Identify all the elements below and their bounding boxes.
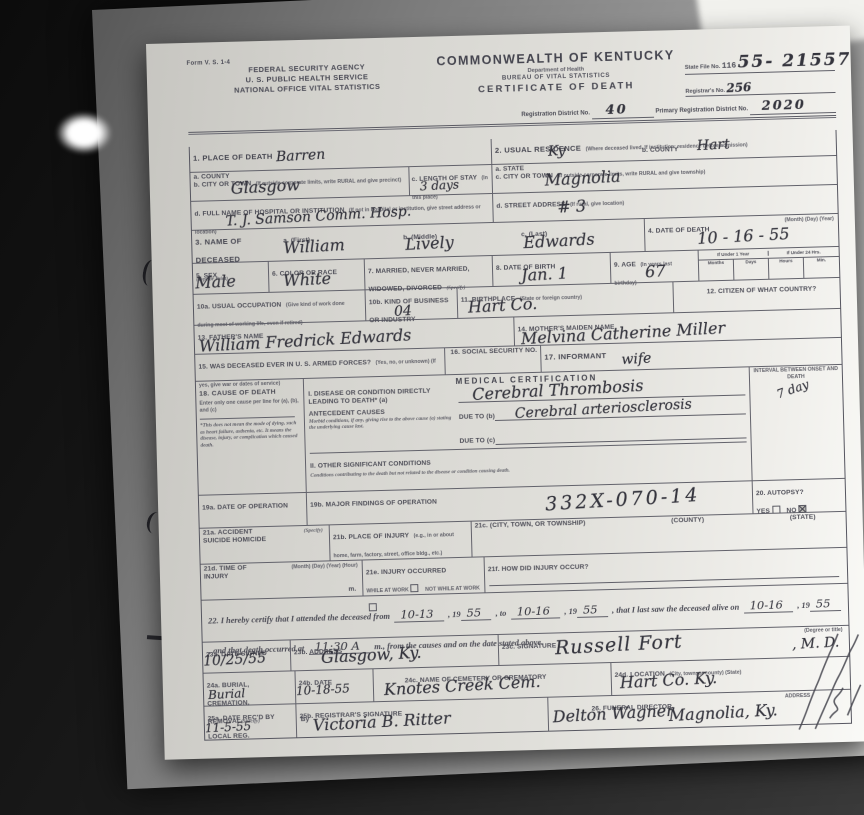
field-sex: 5. SEX Male bbox=[193, 262, 270, 294]
field-burial: 24a. BURIAL, CREMATION, REMOVAL(Specify)… bbox=[204, 671, 297, 705]
field-date-received: 25a. DATE REC'D BY LOCAL REG. 11-5-55 bbox=[204, 704, 297, 739]
city-town-value: Glasgow bbox=[230, 175, 300, 198]
burial-date-value: 10-18-55 bbox=[296, 681, 351, 698]
field-cemetery: 24c. NAME OF CEMETERY OR CREMATORY Knote… bbox=[373, 663, 612, 701]
time-of-injury-label: 21d. TIME OF INJURY bbox=[204, 565, 250, 582]
cause-note-2: *This does not mean the mode of dying, s… bbox=[200, 420, 302, 449]
certify-text: 22. I hereby certify that I attended the… bbox=[208, 612, 390, 626]
other-conditions-label: II. OTHER SIGNIFICANT CONDITIONS bbox=[310, 460, 431, 470]
usual-residence-label: 2. USUAL RESIDENCE bbox=[495, 144, 581, 155]
dob-value: Jan. 1 bbox=[521, 263, 569, 284]
not-while-at-work-label: NOT WHILE AT WORK bbox=[425, 585, 480, 592]
while-at-work-label: WHILE AT WORK bbox=[366, 587, 409, 594]
funeral-director-value: Delton Wagner bbox=[552, 701, 674, 727]
antecedent-note: Morbid conditions, if any, giving rise t… bbox=[309, 415, 459, 432]
handwritten-scribble bbox=[769, 605, 864, 748]
date-of-death-cols: (Month) (Day) (Year) bbox=[784, 216, 833, 224]
cause-of-death-label: 18. CAUSE OF DEATH bbox=[199, 389, 276, 398]
industry-value: 04 bbox=[394, 303, 413, 320]
row-medical-certification: 18. CAUSE OF DEATH Enter only one cause … bbox=[196, 365, 845, 496]
middle-name-value: Lively bbox=[405, 232, 454, 254]
attended-to-year: 55 bbox=[577, 602, 608, 618]
field-date-of-operation: 19a. DATE OF OPERATION bbox=[199, 493, 308, 528]
field-address: 23b. ADDRESS Glasgow, Ky. bbox=[291, 635, 500, 670]
major-findings-value: 332X-070-14 bbox=[545, 484, 701, 515]
attended-to-value: 10-16 bbox=[511, 603, 561, 619]
primary-district-value: 2020 bbox=[749, 97, 836, 115]
under-1-year-label: If Under 1 Year bbox=[699, 251, 769, 258]
length-of-stay-value: 3 days bbox=[419, 177, 459, 193]
issuing-agency-block: Form V. S. 1-4 FEDERAL SECURITY AGENCY U… bbox=[186, 55, 427, 110]
light-leak-blob bbox=[56, 112, 112, 154]
cause-note-1: Enter only one cause per line for (a), (… bbox=[199, 398, 300, 414]
ssn-label: 16. SOCIAL SECURITY NO. bbox=[448, 347, 537, 357]
citizen-label: 12. CITIZEN OF WHAT COUNTRY? bbox=[676, 279, 836, 297]
field-place-of-injury: 21b. PLACE OF INJURY (e.g., in or about … bbox=[330, 522, 473, 561]
residence-state-value: Ky bbox=[548, 143, 566, 160]
state-file-handwritten: 55- 21557 bbox=[737, 50, 851, 73]
residence-county-label: b. COUNTY bbox=[642, 146, 679, 155]
field-burial-date: 24b. DATE 10-18-55 bbox=[295, 669, 374, 703]
autopsy-yes-checkbox bbox=[772, 506, 780, 514]
armed-forces-label: 15. WAS DECEASED EVER IN U. S. ARMED FOR… bbox=[198, 359, 371, 371]
field-age-subcolumns: If Under 1 Year If Under 24 Hrs. Months … bbox=[699, 247, 840, 281]
field-injury-occurred: 21e. INJURY OCCURRED WHILE AT WORK NOT W… bbox=[363, 557, 486, 595]
certify-text: , 19 bbox=[448, 610, 461, 619]
injury-state-label: (STATE) bbox=[790, 514, 817, 548]
field-cause-of-death-sidebar: 18. CAUSE OF DEATH Enter only one cause … bbox=[196, 379, 307, 495]
registration-district-label: Registration District No. bbox=[521, 110, 590, 118]
accident-label: 21a. ACCIDENT SUICIDE HOMICIDE bbox=[203, 528, 273, 546]
attended-from-year: 55 bbox=[460, 605, 491, 621]
field-interval: INTERVAL BETWEEN ONSET AND DEATH 7 day bbox=[750, 365, 845, 480]
county-value: Barren bbox=[276, 147, 326, 166]
disease-leading-label: I. DISEASE OR CONDITION DIRECTLY LEADING… bbox=[308, 387, 458, 407]
interval-value: 7 day bbox=[775, 377, 811, 401]
file-number-block: State File No. 116 55- 21557 Registrar's… bbox=[684, 44, 835, 97]
certificate-form: 1. PLACE OF DEATH a. COUNTY Barren b. CI… bbox=[189, 130, 852, 741]
field-time-of-injury: 21d. TIME OF INJURY (Month) (Day) (Year)… bbox=[201, 561, 364, 600]
field-color-race: 6. COLOR OR RACE White bbox=[269, 259, 366, 292]
injury-county-label: (COUNTY) bbox=[671, 517, 705, 551]
street-address-label: d. STREET ADDRESS bbox=[496, 201, 565, 210]
funeral-address-value: Magnolia, Ky. bbox=[668, 700, 778, 725]
state-file-label: State File No. bbox=[685, 64, 721, 71]
field-date-of-birth: 8. DATE OF BIRTH Jan. 1 bbox=[493, 253, 612, 286]
residence-county-value: Hart bbox=[696, 136, 730, 154]
certificate-header: Form V. S. 1-4 FEDERAL SECURITY AGENCY U… bbox=[186, 44, 836, 135]
last-name-value: Edwards bbox=[523, 229, 595, 252]
registrar-no-label: Registrar's No. bbox=[685, 88, 725, 95]
burial-value: Burial bbox=[208, 686, 246, 702]
time-of-injury-meridiem: m. bbox=[348, 586, 356, 594]
age-value: 67 bbox=[645, 261, 666, 281]
address-value: Glasgow, Ky. bbox=[321, 643, 422, 667]
due-to-c-label: DUE TO (c) bbox=[459, 437, 495, 446]
while-at-work-checkbox bbox=[411, 584, 419, 592]
date-received-value: 11-5-55 bbox=[205, 719, 252, 735]
date-signed-value: 10/25/55 bbox=[203, 650, 267, 669]
place-of-injury-label: 21b. PLACE OF INJURY bbox=[333, 532, 409, 541]
due-to-b-label: DUE TO (b) bbox=[459, 413, 495, 422]
certify-text: , that I last saw the deceased alive on bbox=[612, 603, 739, 615]
field-citizen: 12. CITIZEN OF WHAT COUNTRY? bbox=[673, 278, 840, 312]
first-name-value: William bbox=[283, 235, 345, 257]
how-injury-label: 21f. HOW DID INJURY OCCUR? bbox=[488, 564, 589, 574]
color-race-value: White bbox=[283, 269, 332, 291]
injury-occurred-label: 21e. INJURY OCCURRED bbox=[366, 567, 447, 576]
min-col-label: Min. bbox=[804, 257, 840, 278]
autopsy-no-checkbox bbox=[798, 505, 806, 513]
field-ssn: 16. SOCIAL SECURITY NO. bbox=[445, 346, 542, 375]
sex-value: Male bbox=[195, 271, 236, 292]
burial-location-value: Hart Co. Ky. bbox=[619, 668, 717, 692]
field-marital-status: 7. MARRIED, NEVER MARRIED, WIDOWED, DIVO… bbox=[365, 256, 494, 289]
attended-from-value: 10-13 bbox=[394, 606, 444, 622]
state-file-typed: 116 bbox=[722, 62, 737, 71]
field-accident-suicide: 21a. ACCIDENT SUICIDE HOMICIDE (Specify) bbox=[200, 525, 331, 563]
hours-col-label: Hours bbox=[769, 258, 805, 279]
signature-value: Russell Fort bbox=[554, 630, 683, 659]
field-birthplace: 11. BIRTHPLACE (State or foreign country… bbox=[457, 282, 674, 318]
title-block: COMMONWEALTH OF KENTUCKY Department of H… bbox=[426, 48, 685, 104]
date-of-operation-label: 19a. DATE OF OPERATION bbox=[202, 502, 288, 511]
primary-district-label: Primary Registration District No. bbox=[655, 106, 748, 114]
residence-city-value: Magnolia bbox=[544, 167, 621, 190]
registrar-no-value: 256 bbox=[726, 80, 752, 95]
field-date-of-death: 4. DATE OF DEATH (Month) (Day) (Year) 10… bbox=[645, 214, 839, 251]
injury-city-label: 21c. (CITY, TOWN, OR TOWNSHIP) bbox=[475, 520, 587, 556]
birthplace-value: Hart Co. bbox=[467, 294, 537, 317]
field-industry: 10b. KIND OF BUSINESS OR INDUSTRY 04 bbox=[366, 288, 459, 320]
age-label: 9. AGE bbox=[614, 261, 636, 269]
field-age: 9. AGE (In years last birthday) 67 bbox=[611, 251, 700, 283]
signature-label: 23c. SIGNATURE bbox=[502, 642, 557, 650]
field-place-of-death: 1. PLACE OF DEATH a. COUNTY Barren b. CI… bbox=[190, 139, 494, 230]
months-col-label: Months bbox=[699, 260, 735, 281]
days-col-label: Days bbox=[734, 259, 770, 280]
street-address-value: # 3 bbox=[557, 196, 587, 217]
field-autopsy: 20. AUTOPSY? YES NO bbox=[753, 479, 846, 513]
photo-scene: Form V. S. 1-4 FEDERAL SECURITY AGENCY U… bbox=[0, 0, 864, 815]
field-usual-occupation: 10a. USUAL OCCUPATION (Give kind of work… bbox=[194, 290, 367, 324]
date-of-death-value: 10 - 16 - 55 bbox=[697, 224, 790, 248]
informant-value: wife bbox=[621, 350, 652, 368]
time-of-injury-cols: (Month) (Day) (Year) (Hour) bbox=[291, 563, 357, 571]
registrar-by-label: By bbox=[301, 716, 310, 724]
field-usual-residence: 2. USUAL RESIDENCE (Where deceased lived… bbox=[492, 130, 838, 222]
field-registrar-signature: 25b. REGISTRAR'S SIGNATURE By Victoria B… bbox=[296, 698, 549, 738]
certify-text: , to bbox=[496, 609, 507, 618]
major-findings-label: 19b. MAJOR FINDINGS OF OPERATION bbox=[310, 499, 437, 509]
certify-text: , 19 bbox=[564, 607, 577, 616]
informant-label: 17. INFORMANT bbox=[544, 351, 606, 362]
occupation-label: 10a. USUAL OCCUPATION bbox=[197, 302, 282, 311]
name-label: 3. NAME OF DECEASED bbox=[195, 237, 242, 265]
cemetery-value: Knotes Creek Cem. bbox=[384, 672, 541, 699]
death-certificate-document: Form V. S. 1-4 FEDERAL SECURITY AGENCY U… bbox=[146, 26, 864, 760]
field-date-signed: 23a. DATE SIGNED 10/25/55 bbox=[203, 640, 292, 672]
place-of-death-label: 1. PLACE OF DEATH bbox=[193, 152, 273, 163]
accident-note: (Specify) bbox=[304, 528, 323, 535]
registration-district-value: 40 bbox=[591, 102, 653, 120]
under-24-hrs-label: If Under 24 Hrs. bbox=[769, 249, 839, 256]
field-medical-certification: MEDICAL CERTIFICATION I. DISEASE OR COND… bbox=[304, 367, 753, 492]
autopsy-label: 20. AUTOPSY? bbox=[756, 489, 804, 497]
interval-label: INTERVAL BETWEEN ONSET AND DEATH bbox=[753, 366, 839, 381]
